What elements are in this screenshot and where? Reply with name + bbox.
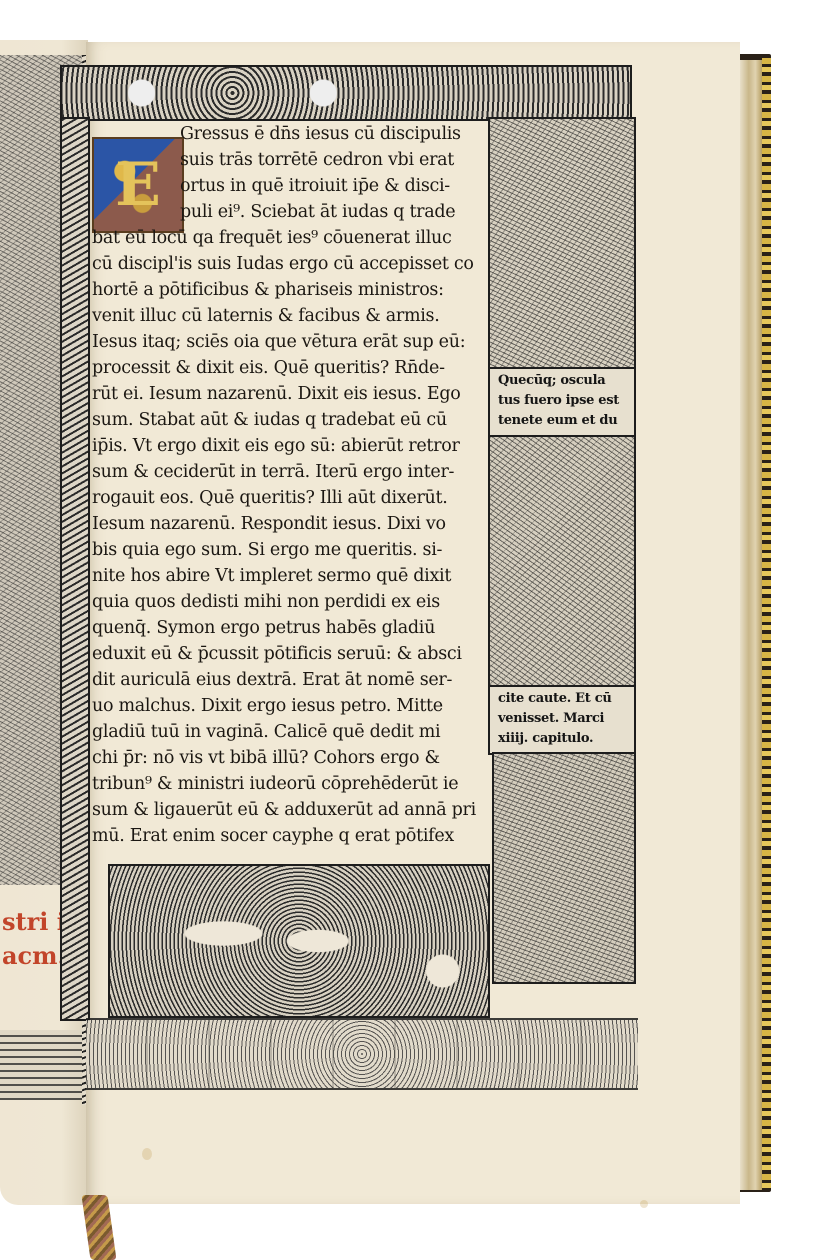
caption-line: Quecūq; oscula bbox=[498, 373, 605, 388]
bookmark-ribbon bbox=[81, 1195, 116, 1260]
text-line: quenq̄. Symon ergo petrus habēs gladiū bbox=[92, 618, 484, 638]
text-line: gladiū tuū in vaginā. Calicē quē dedit m… bbox=[92, 722, 484, 742]
text-line: sum & ceciderūt in terrā. Iterū ergo int… bbox=[92, 462, 484, 482]
text-line: cū discipl'is suis Iudas ergo cū accepis… bbox=[92, 254, 484, 274]
text-line: rūt ei. Iesum nazarenū. Dixit eis iesus.… bbox=[92, 384, 484, 404]
text-line: eduxit eū & p̄cussit pōtificis seruū: & … bbox=[92, 644, 484, 664]
text-line: mū. Erat enim socer cayphe q erat pōtife… bbox=[92, 826, 484, 846]
left-ornamental-border bbox=[60, 117, 90, 1021]
text-line: chi p̄r: nō vis vt bibā illū? Cohors erg… bbox=[92, 748, 484, 768]
caption-line: venisset. Marci bbox=[498, 711, 604, 726]
text-line: ip̄is. Vt ergo dixit eis ego sū: abierūt… bbox=[92, 436, 484, 456]
margin-caption: cite caute. Et cū venisset. Marci xiiij.… bbox=[488, 685, 636, 755]
text-line: uo malchus. Dixit ergo iesus petro. Mitt… bbox=[92, 696, 484, 716]
text-line: dit auriculā eius dextrā. Erat āt nomē s… bbox=[92, 670, 484, 690]
text-line: puli ei⁹. Sciebat āt iudas q trade bbox=[180, 202, 484, 222]
left-page-lower-border bbox=[0, 1030, 84, 1100]
text-line: Iesum nazarenū. Respondit iesus. Dixi vo bbox=[92, 514, 484, 534]
gilt-tooling bbox=[762, 58, 771, 1190]
paper-stain bbox=[640, 1200, 648, 1208]
text-line: sum. Stabat aūt & iudas q tradebat eū cū bbox=[92, 410, 484, 430]
woodcut-kiss-of-judas bbox=[488, 117, 636, 371]
text-line: venit illuc cū laternis & facibus & armi… bbox=[92, 306, 484, 326]
text-line: bat eū locū qa frequēt ies⁹ cōuenerat il… bbox=[92, 228, 484, 248]
text-line: processit & dixit eis. Quē queritis? Rn̄… bbox=[92, 358, 484, 378]
text-line: hortē a pōtificibus & phariseis ministro… bbox=[92, 280, 484, 300]
margin-caption: Quecūq; oscula tus fuero ipse est tenete… bbox=[488, 367, 636, 437]
text-line: suis trās torrētē cedron vbi erat bbox=[180, 150, 484, 170]
page-fore-edge bbox=[740, 60, 762, 1190]
woodcut-soldiers bbox=[492, 752, 636, 984]
caption-line: cite caute. Et cū bbox=[498, 691, 611, 706]
caption-line: tenete eum et du bbox=[498, 413, 617, 428]
text-line: bis quia ego sum. Si ergo me queritis. s… bbox=[92, 540, 484, 560]
woodcut-arrest-of-christ bbox=[488, 435, 636, 687]
dragon-ornament-panel bbox=[108, 864, 490, 1018]
paper-stain bbox=[142, 1148, 152, 1160]
text-line: quia quos dedisti mihi non perdidi ex ei… bbox=[92, 592, 484, 612]
text-line: rogauit eos. Quē queritis? Illi aūt dixe… bbox=[92, 488, 484, 508]
text-line: nite hos abire Vt impleret sermo quē dix… bbox=[92, 566, 484, 586]
text-line: Gressus ē dn̄s iesus cū discipulis bbox=[180, 124, 484, 144]
bottom-ornamental-frieze bbox=[86, 1018, 638, 1090]
caption-line: xiiij. capitulo. bbox=[498, 731, 593, 746]
text-line: Iesus itaq; sciēs oia que vētura erāt su… bbox=[92, 332, 484, 352]
text-line: sum & ligauerūt eū & adduxerūt ad annā p… bbox=[92, 800, 484, 820]
top-ornamental-border bbox=[60, 65, 632, 121]
text-line: ortus in quē itroiuit ip̄e & disci- bbox=[180, 176, 484, 196]
text-line: tribun⁹ & ministri iudeorū cōprehēderūt … bbox=[92, 774, 484, 794]
main-text-block: Gressus ē dn̄s iesus cū discipulis suis … bbox=[92, 122, 484, 852]
caption-line: tus fuero ipse est bbox=[498, 393, 619, 408]
